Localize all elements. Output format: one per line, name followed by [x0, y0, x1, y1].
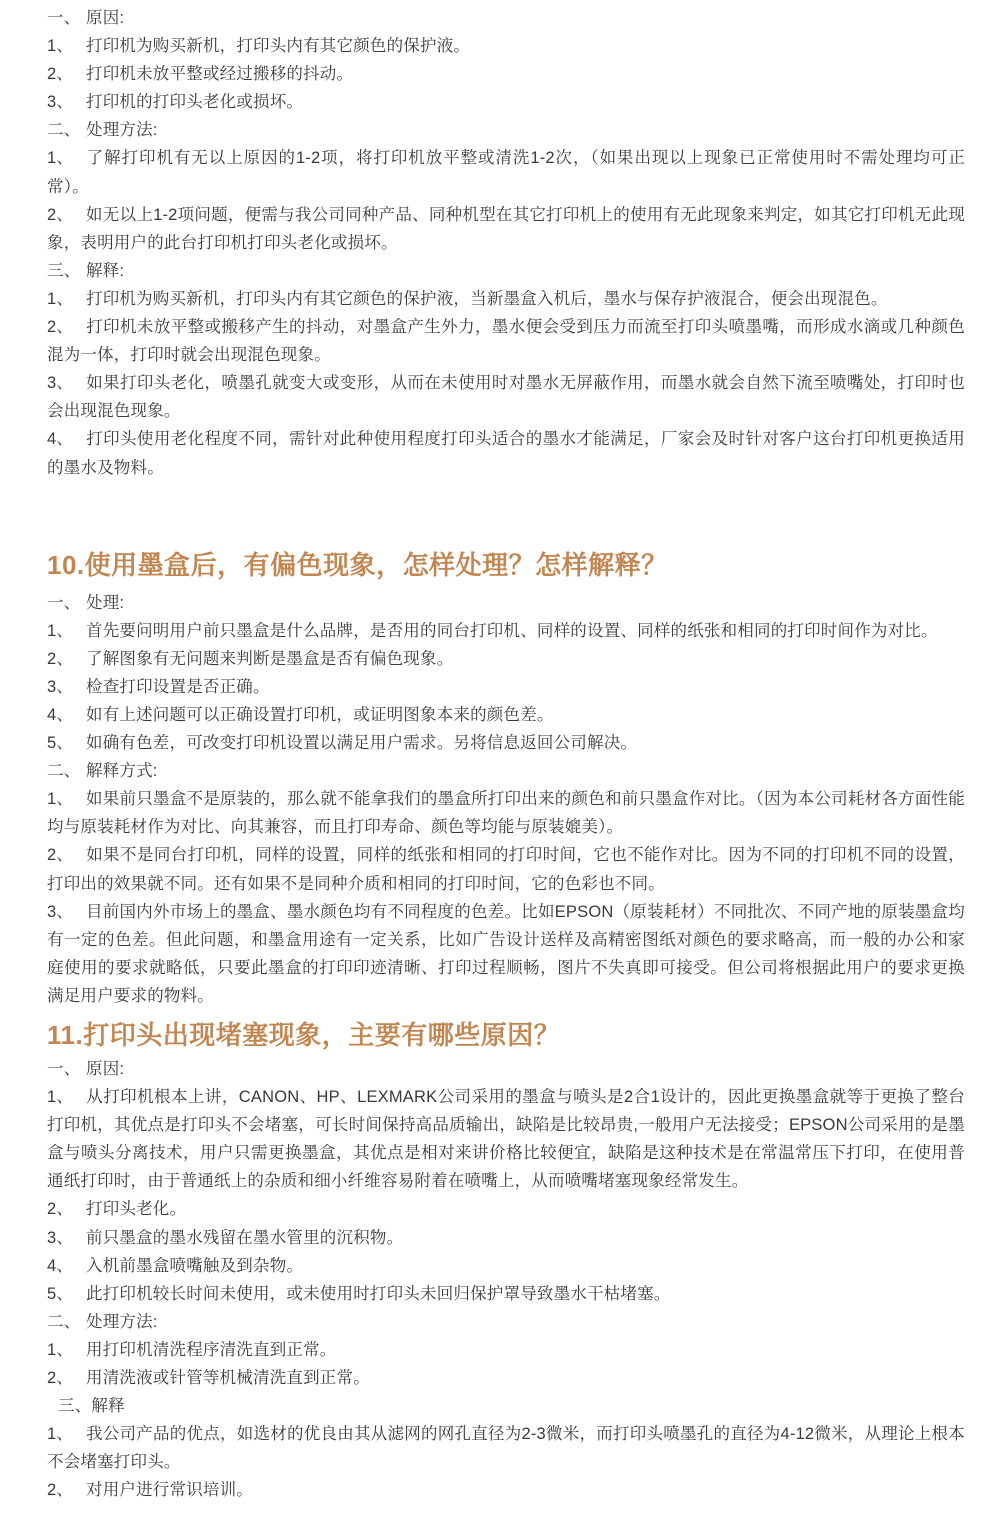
list-item: 3、打印机的打印头老化或损坏。 [47, 88, 965, 116]
list-item-text: 原因: [86, 9, 124, 27]
list-item-text: 前只墨盒的墨水残留在墨水管里的沉积物。 [86, 1229, 403, 1247]
list-item: 1、首先要问明用户前只墨盒是什么品牌，是否用的同台打印机、同样的设置、同样的纸张… [47, 617, 965, 645]
list-item-text: 检查打印设置是否正确。 [86, 678, 270, 696]
document: 一、原因:1、打印机为购买新机，打印头内有其它颜色的保护液。2、打印机未放平整或… [0, 0, 990, 1522]
list-item: 一、处理: [47, 589, 965, 617]
list-marker: 1、 [47, 1336, 86, 1364]
list-item: 3、检查打印设置是否正确。 [47, 673, 965, 701]
list-item-text: 如有上述问题可以正确设置打印机，或证明图象本来的颜色差。 [86, 706, 554, 724]
list-item-text: 解释方式: [86, 762, 158, 780]
list-marker: 二、 [47, 1308, 86, 1336]
list-marker: 一、 [47, 1055, 86, 1083]
list-item: 3、目前国内外市场上的墨盒、墨水颜色均有不同程度的色差。比如EPSON（原装耗材… [47, 898, 965, 1010]
list-item-text: 我公司产品的优点，如选材的优良由其从滤网的网孔直径为2-3微米，而打印头喷墨孔的… [47, 1425, 965, 1471]
list-item-text: 打印机未放平整或经过搬移的抖动。 [86, 65, 353, 83]
list-marker: 一、 [47, 589, 86, 617]
list-item: 1、打印机为购买新机，打印头内有其它颜色的保护液，当新墨盒入机后，墨水与保存护液… [47, 285, 965, 313]
list-marker: 5、 [47, 729, 86, 757]
list-item-text: 处理: [86, 594, 124, 612]
list-marker: 二、 [47, 757, 86, 785]
list-item: 4、如有上述问题可以正确设置打印机，或证明图象本来的颜色差。 [47, 701, 965, 729]
list-item: 二、处理方法: [47, 116, 965, 144]
list-item-text: 如确有色差，可改变打印机设置以满足用户需求。另将信息返回公司解决。 [86, 734, 637, 752]
list-item-text: 如果不是同台打印机，同样的设置，同样的纸张和相同的打印时间，它也不能作对比。因为… [47, 846, 965, 892]
list-marker: 三、 [58, 1392, 91, 1420]
list-item-text: 目前国内外市场上的墨盒、墨水颜色均有不同程度的色差。比如EPSON（原装耗材）不… [47, 903, 965, 1005]
list-item: 1、打印机为购买新机，打印头内有其它颜色的保护液。 [47, 32, 965, 60]
list-item-text: 打印机为购买新机，打印头内有其它颜色的保护液，当新墨盒入机后，墨水与保存护液混合… [86, 290, 888, 308]
list-marker: 2、 [47, 313, 86, 341]
list-item-text: 解释: [86, 262, 124, 280]
list-item: 3、前只墨盒的墨水残留在墨水管里的沉积物。 [47, 1224, 965, 1252]
list-marker: 2、 [47, 1476, 86, 1504]
list-marker: 1、 [47, 285, 86, 313]
list-item: 2、用清洗液或针管等机械清洗直到正常。 [47, 1364, 965, 1392]
list-item: 1、用打印机清洗程序清洗直到正常。 [47, 1336, 965, 1364]
list-item: 二、解释方式: [47, 757, 965, 785]
list-item-text: 打印头使用老化程度不同，需针对此种使用程度打印头适合的墨水才能满足，厂家会及时针… [47, 430, 965, 476]
list-item-text: 打印头老化。 [86, 1200, 186, 1218]
list-item: 4、打印头使用老化程度不同，需针对此种使用程度打印头适合的墨水才能满足，厂家会及… [47, 425, 965, 481]
list-marker: 一、 [47, 4, 86, 32]
faq-section-11: 11.打印头出现堵塞现象，主要有哪些原因？一、原因:1、从打印机根本上讲，CAN… [47, 1017, 965, 1505]
list-marker: 2、 [47, 60, 86, 88]
section-heading-10: 10.使用墨盒后，有偏色现象，怎样处理？怎样解释？ [47, 547, 965, 583]
list-marker: 二、 [47, 116, 86, 144]
list-item: 三、解释 [47, 1392, 965, 1420]
list-item: 一、原因: [47, 1055, 965, 1083]
list-item-text: 原因: [86, 1060, 124, 1078]
list-marker: 4、 [47, 1252, 86, 1280]
list-item: 5、此打印机较长时间未使用，或未使用时打印头未回归保护罩导致墨水干枯堵塞。 [47, 1280, 965, 1308]
list-marker: 2、 [47, 201, 86, 229]
list-marker: 3、 [47, 369, 86, 397]
list-item: 2、如果不是同台打印机，同样的设置，同样的纸张和相同的打印时间，它也不能作对比。… [47, 841, 965, 897]
list-item-text: 用打印机清洗程序清洗直到正常。 [86, 1341, 337, 1359]
list-item-text: 如果前只墨盒不是原装的，那么就不能拿我们的墨盒所打印出来的颜色和前只墨盒作对比。… [47, 790, 965, 836]
section-heading-11: 11.打印头出现堵塞现象，主要有哪些原因？ [47, 1017, 965, 1053]
list-item: 2、了解图象有无问题来判断是墨盒是否有偏色现象。 [47, 645, 965, 673]
list-marker: 3、 [47, 898, 86, 926]
list-marker: 3、 [47, 1224, 86, 1252]
list-marker: 3、 [47, 673, 86, 701]
list-item: 2、打印机未放平整或搬移产生的抖动，对墨盒产生外力，墨水便会受到压力而流至打印头… [47, 313, 965, 369]
list-item-text: 了解打印机有无以上原因的1-2项，将打印机放平整或清洗1-2次，（如果出现以上现… [47, 149, 965, 195]
list-item: 1、如果前只墨盒不是原装的，那么就不能拿我们的墨盒所打印出来的颜色和前只墨盒作对… [47, 785, 965, 841]
list-item: 二、处理方法: [47, 1308, 965, 1336]
list-marker: 1、 [47, 32, 86, 60]
list-item-text: 此打印机较长时间未使用，或未使用时打印头未回归保护罩导致墨水干枯堵塞。 [86, 1285, 671, 1303]
list-item: 2、打印机未放平整或经过搬移的抖动。 [47, 60, 965, 88]
list-marker: 1、 [47, 144, 86, 172]
list-marker: 1、 [47, 1083, 86, 1111]
list-item-text: 如果打印头老化，喷墨孔就变大或变形，从而在未使用时对墨水无屏蔽作用，而墨水就会自… [47, 374, 965, 420]
list-item-text: 用清洗液或针管等机械清洗直到正常。 [86, 1369, 370, 1387]
list-marker: 1、 [47, 1420, 86, 1448]
list-item-text: 解释 [91, 1397, 124, 1415]
list-marker: 2、 [47, 1364, 86, 1392]
list-item: 三、解释: [47, 257, 965, 285]
list-item: 2、如无以上1-2项问题，便需与我公司同种产品、同种机型在其它打印机上的使用有无… [47, 201, 965, 257]
list-item: 5、如确有色差，可改变打印机设置以满足用户需求。另将信息返回公司解决。 [47, 729, 965, 757]
list-item: 2、对用户进行常识培训。 [47, 1476, 965, 1504]
list-item-text: 处理方法: [86, 1313, 158, 1331]
list-item: 1、了解打印机有无以上原因的1-2项，将打印机放平整或清洗1-2次，（如果出现以… [47, 144, 965, 200]
list-marker: 1、 [47, 785, 86, 813]
list-marker: 2、 [47, 841, 86, 869]
list-item-text: 了解图象有无问题来判断是墨盒是否有偏色现象。 [86, 650, 453, 668]
list-item-text: 打印机为购买新机，打印头内有其它颜色的保护液。 [86, 37, 470, 55]
list-marker: 三、 [47, 257, 86, 285]
list-marker: 2、 [47, 1195, 86, 1223]
list-marker: 4、 [47, 425, 86, 453]
list-marker: 4、 [47, 701, 86, 729]
list-marker: 5、 [47, 1280, 86, 1308]
list-marker: 3、 [47, 88, 86, 116]
list-item-text: 打印机未放平整或搬移产生的抖动，对墨盒产生外力，墨水便会受到压力而流至打印头喷墨… [47, 318, 965, 364]
faq-section-9: 一、原因:1、打印机为购买新机，打印头内有其它颜色的保护液。2、打印机未放平整或… [47, 4, 965, 482]
list-marker: 2、 [47, 645, 86, 673]
list-item-text: 对用户进行常识培训。 [86, 1481, 253, 1499]
list-item-text: 如无以上1-2项问题，便需与我公司同种产品、同种机型在其它打印机上的使用有无此现… [47, 206, 965, 252]
list-item: 3、如果打印头老化，喷墨孔就变大或变形，从而在未使用时对墨水无屏蔽作用，而墨水就… [47, 369, 965, 425]
list-item: 1、从打印机根本上讲，CANON、HP、LEXMARK公司采用的墨盒与喷头是2合… [47, 1083, 965, 1195]
list-item-text: 首先要问明用户前只墨盒是什么品牌，是否用的同台打印机、同样的设置、同样的纸张和相… [86, 622, 938, 640]
list-item-text: 从打印机根本上讲，CANON、HP、LEXMARK公司采用的墨盒与喷头是2合1设… [47, 1088, 965, 1190]
list-item: 4、入机前墨盒喷嘴触及到杂物。 [47, 1252, 965, 1280]
faq-section-10: 10.使用墨盒后，有偏色现象，怎样处理？怎样解释？一、处理:1、首先要问明用户前… [47, 547, 965, 1010]
list-item: 1、我公司产品的优点，如选材的优良由其从滤网的网孔直径为2-3微米，而打印头喷墨… [47, 1420, 965, 1476]
list-item: 一、原因: [47, 4, 965, 32]
list-marker: 1、 [47, 617, 86, 645]
list-item-text: 入机前墨盒喷嘴触及到杂物。 [86, 1257, 303, 1275]
list-item-text: 打印机的打印头老化或损坏。 [86, 93, 303, 111]
list-item-text: 处理方法: [86, 121, 158, 139]
list-item: 2、打印头老化。 [47, 1195, 965, 1223]
